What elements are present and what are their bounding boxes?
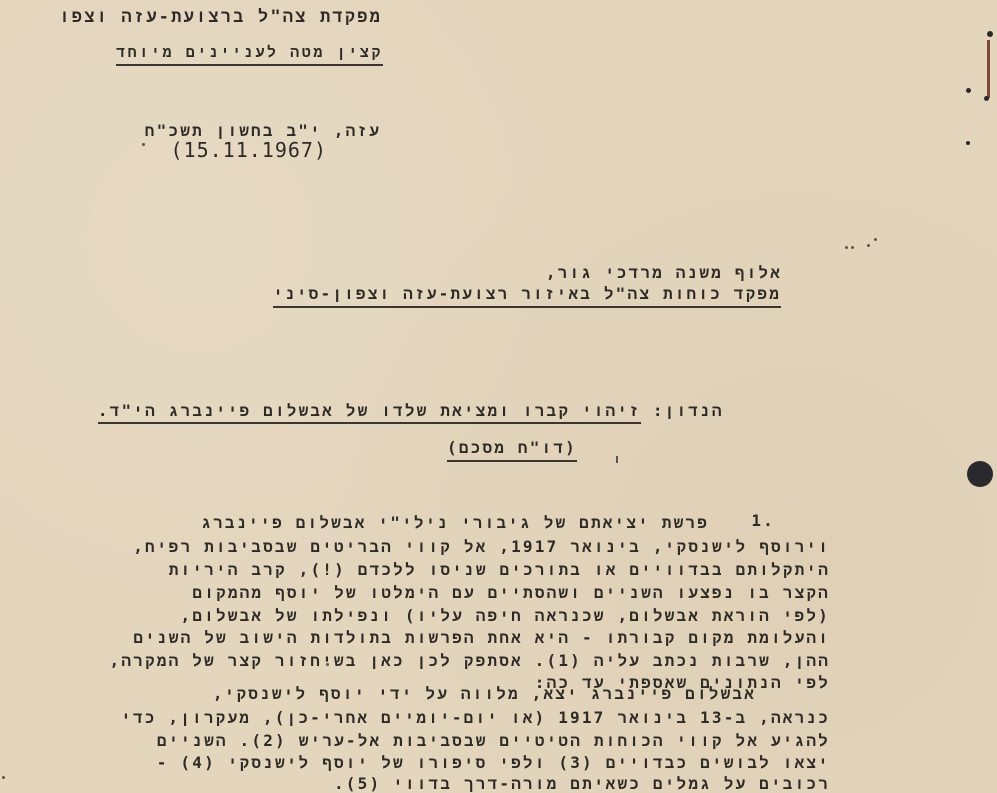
paragraph-1-line: (לפי הוראת אבשלום, שכנראה חיפה עליו) ונפ… [181,606,830,626]
pen-mark [987,40,990,98]
subject-label: הנדון: [653,401,724,420]
recipient-title: מפקד כוחות צה"ל באיזור רצועת-עזה וצפון-ס… [273,284,781,308]
paragraph-2-line: כנראה, ב-13 בינואר 1917 (או יום-יומיים א… [121,708,830,728]
speck [2,776,5,779]
recipient-name: אלוף משנה מרדכי גור, [546,263,782,283]
ink-dot [966,141,970,145]
punch-hole-mark [967,461,993,487]
report-title: (דו"ח מסכם) [447,438,577,462]
date-gregorian: (15.11.1967) [171,140,328,160]
paragraph-2-line: אבשלום פיינברג יצא, מלווה על ידי יוסף לי… [213,684,756,704]
speck [867,244,870,247]
speck [874,238,877,241]
paragraph-1-number: 1. [751,511,775,531]
speck [851,246,854,249]
paragraph-1-line: פרשת יציאתם של גיבורי נילי"י אבשלום פיינ… [201,513,709,533]
header-officer-line: קצין מטה לעניינים מיוחד [116,42,383,66]
paragraph-1-line: וירוסף לישנסקי, בינואר 1917, אל קווי הבר… [133,537,830,557]
paragraph-2-line: רכובים על גמלים כשאיתם מורה-דרך בדווי (5… [334,774,830,793]
paragraph-2-line: יצאו לבושים כבדויים (3) ולפי סיפורו של י… [157,753,830,773]
paragraph-1-line: והעלומת מקום קבורתו - היא אחת הפרשות בתו… [133,628,830,648]
subject-line: הנדון: זיהוי קברו ומציאת שלדו של אבשלום … [98,381,771,441]
paragraph-2-line: להגיע אל קווי הכוחות הטיטיים שבסביבות אל… [157,731,830,751]
speck [142,143,145,146]
ink-dot [966,88,971,93]
paragraph-1-line: הקצר בו נפצעו השניים ושהסתיים עם הימלטו … [192,583,830,603]
ink-dot [984,96,989,101]
speck [845,246,848,249]
subject-text: זיהוי קברו ומציאת שלדו של אבשלום פיינברג… [98,401,641,424]
paragraph-1-line: היתקלותם בבדוויים או בתורכים שניסו ללכדם… [169,560,830,580]
ink-dot [987,31,993,37]
paragraph-1-line: ההן, שרבות נכתב עליה (1). אסתפק לכן כאן … [110,651,830,671]
scanned-document-page: מפקדת צה"ל ברצועת-עזה וצפו קצין מטה לעני… [0,0,997,793]
header-unit-line: מפקדת צה"ל ברצועת-עזה וצפו [59,7,382,27]
speck [616,456,618,463]
speck [326,663,329,666]
